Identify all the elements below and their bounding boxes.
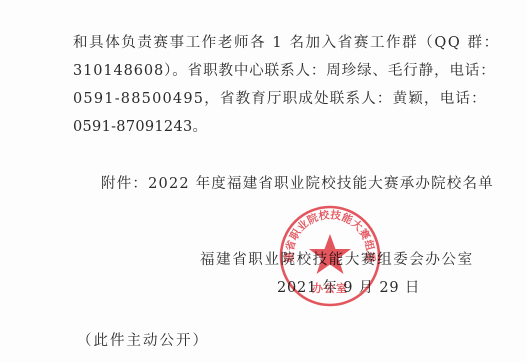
issuer-signature: 福建省职业院校技能大赛组委会办公室 — [200, 248, 474, 269]
issue-date: 2021 年 9 月 29 日 — [277, 276, 420, 297]
body-line-4: 0591-87091243。 — [73, 115, 438, 136]
attachment-line: 附件：2022 年度福建省职业院校技能大赛承办院校名单 — [101, 172, 494, 193]
body-line-2: 310148608）。省职教中心联系人：周珍绿、毛行静，电话： — [73, 59, 438, 80]
body-line-3: 0591-88500495，省教育厅职成处联系人：黄颖，电话： — [73, 87, 438, 108]
document-page: 和具体负责赛事工作老师各 1 名加入省赛工作群（QQ 群： 310148608）… — [0, 0, 527, 363]
disclosure-note: （此件主动公开） — [77, 329, 209, 350]
body-line-1: 和具体负责赛事工作老师各 1 名加入省赛工作群（QQ 群： — [73, 31, 438, 52]
